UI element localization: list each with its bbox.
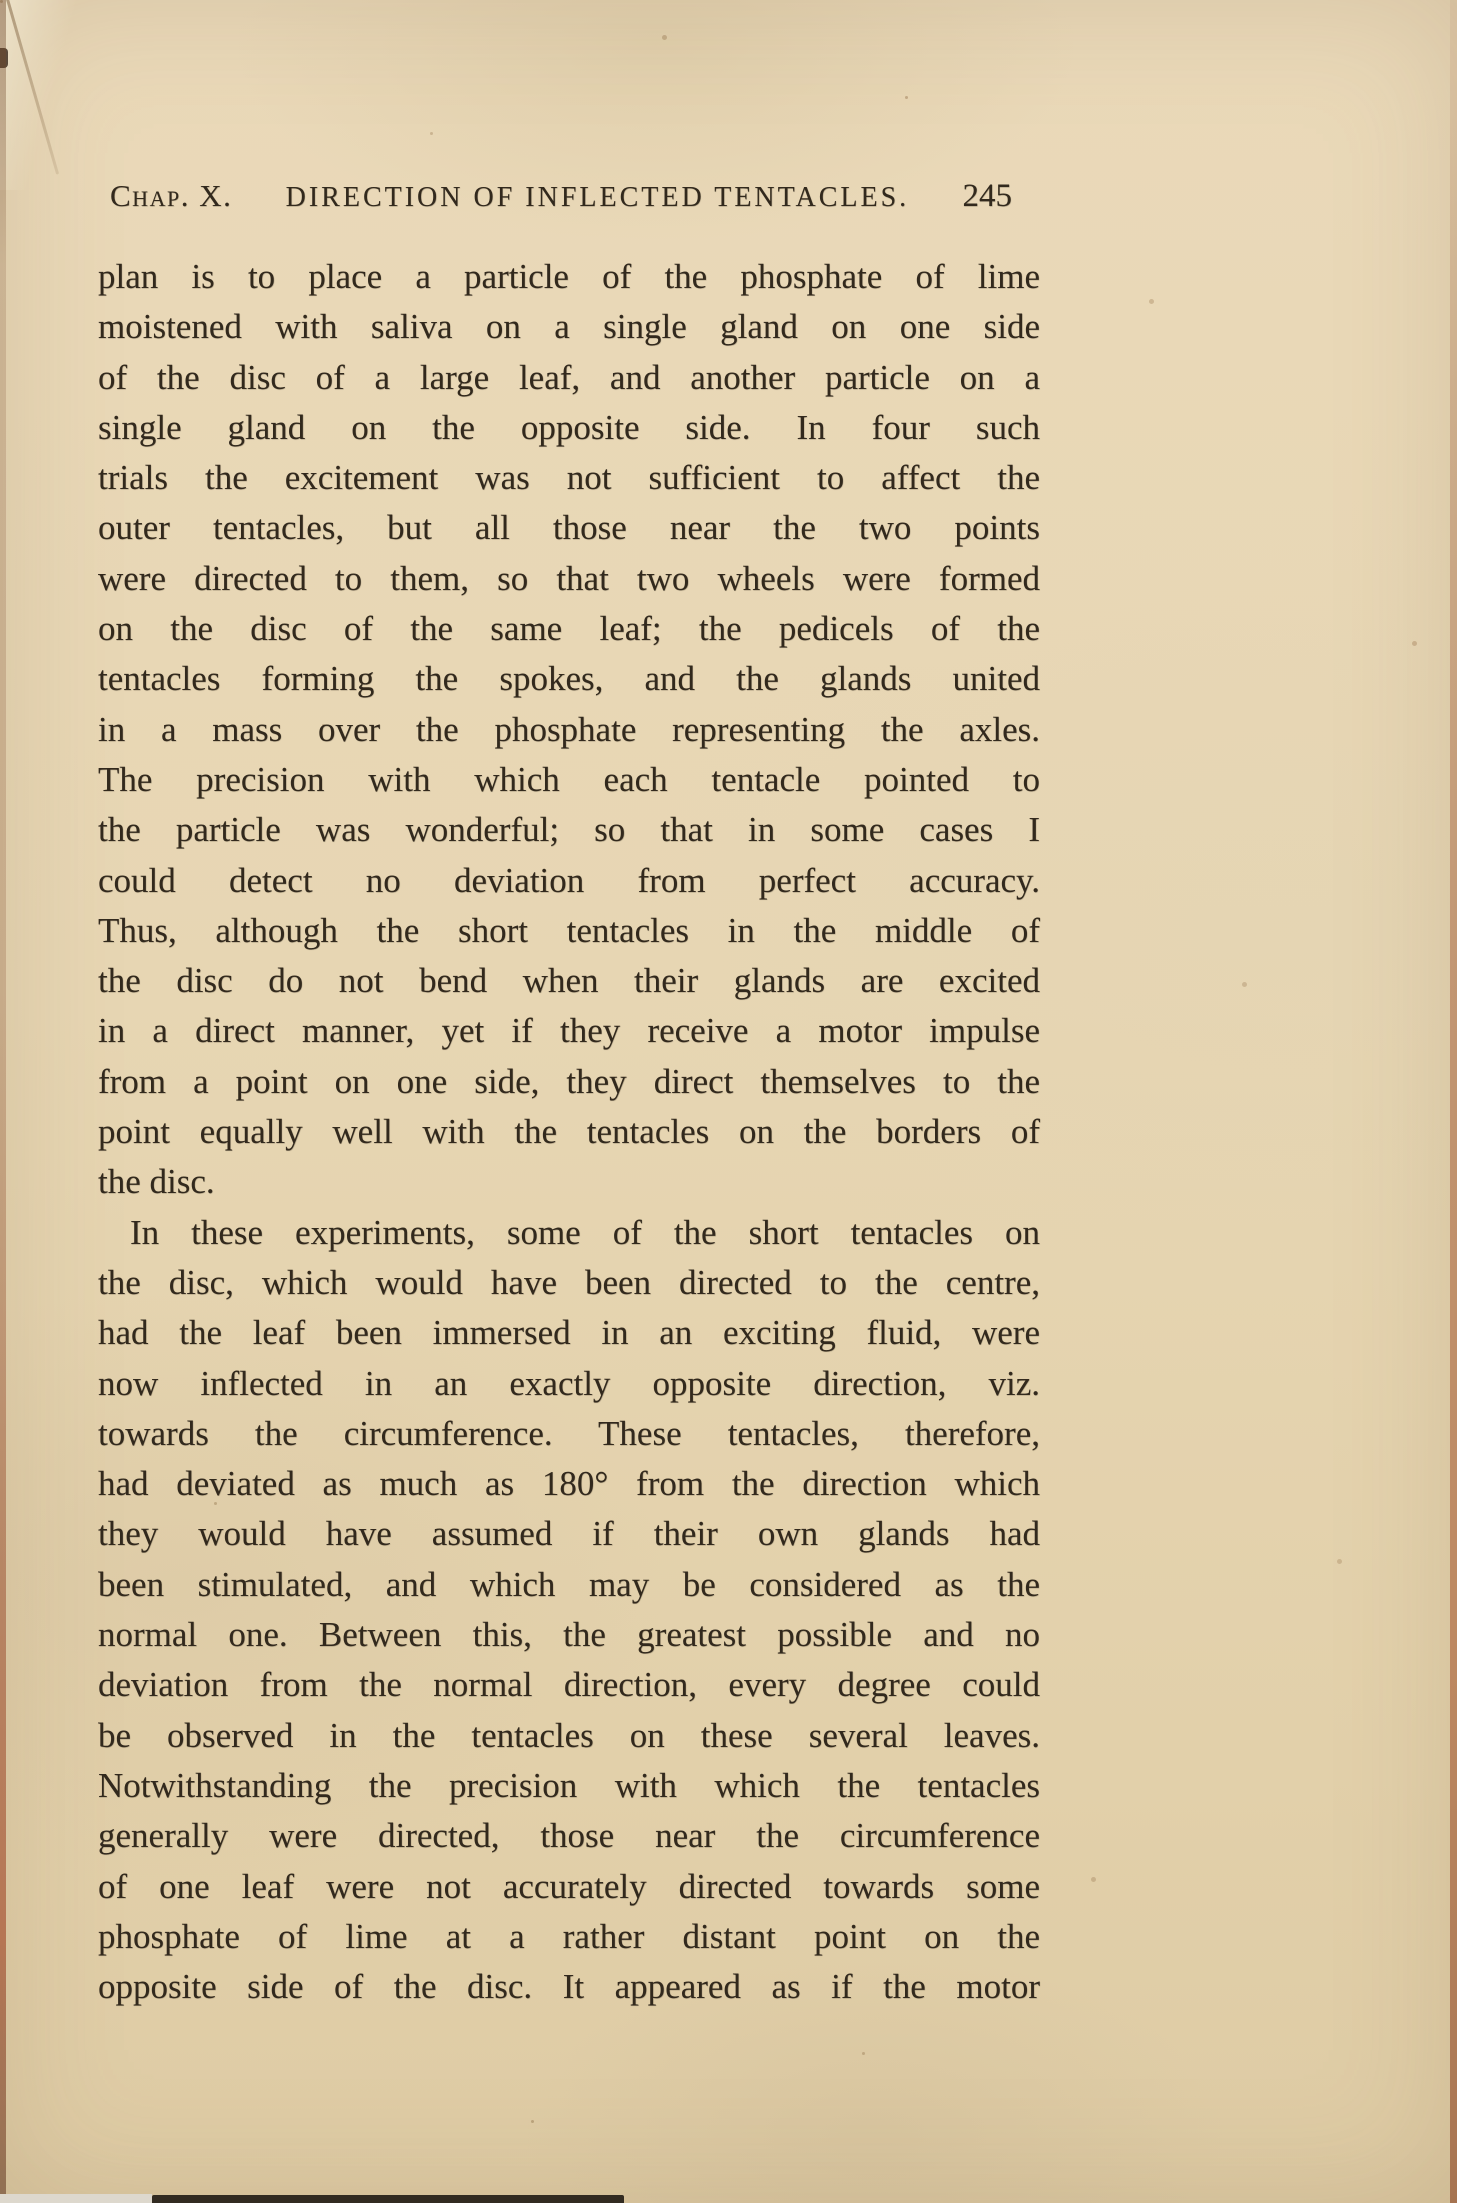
text-line: outer tentacles, but all those near the …: [98, 503, 1040, 553]
text-line: could detect no deviation from perfect a…: [98, 856, 1040, 906]
text-line: tentacles forming the spokes, and the gl…: [98, 654, 1040, 704]
text-line: be observed in the tentacles on these se…: [98, 1711, 1040, 1761]
text-line: opposite side of the disc. It appeared a…: [98, 1962, 1040, 2012]
text-line: of the disc of a large leaf, and another…: [98, 353, 1040, 403]
text-line: point equally well with the tentacles on…: [98, 1107, 1040, 1157]
chapter-label: Chap. X.: [98, 178, 232, 214]
text-line: they would have assumed if their own gla…: [98, 1509, 1040, 1559]
text-line: of one leaf were not accurately directed…: [98, 1862, 1040, 1912]
text-line: normal one. Between this, the greatest p…: [98, 1610, 1040, 1660]
text-line: the disc, which would have been directed…: [98, 1258, 1040, 1308]
running-title: DIRECTION OF INFLECTED TENTACLES.: [232, 182, 962, 214]
text-line: trials the excitement was not sufficient…: [98, 453, 1040, 503]
text-line: In these experiments, some of the short …: [98, 1208, 1040, 1258]
book-page: Chap. X. DIRECTION OF INFLECTED TENTACLE…: [0, 0, 1457, 2203]
text-line: Thus, although the short tentacles in th…: [98, 906, 1040, 956]
text-line: had the leaf been immersed in an excitin…: [98, 1308, 1040, 1358]
right-edge-line: [1450, 0, 1457, 2203]
text-line: now inflected in an exactly opposite dir…: [98, 1359, 1040, 1409]
page-number: 245: [963, 178, 1041, 215]
page-body: plan is to place a particle of the phosp…: [98, 252, 1040, 2012]
paragraph: plan is to place a particle of the phosp…: [98, 252, 1040, 1208]
text-line: plan is to place a particle of the phosp…: [98, 252, 1040, 302]
text-line: Notwithstanding the precision with which…: [98, 1761, 1040, 1811]
text-line: the particle was wonderful; so that in s…: [98, 805, 1040, 855]
text-line: towards the circumference. These tentacl…: [98, 1409, 1040, 1459]
bottom-edge-shadow: [152, 2195, 624, 2203]
text-line: single gland on the opposite side. In fo…: [98, 403, 1040, 453]
text-line: in a direct manner, yet if they receive …: [98, 1006, 1040, 1056]
running-header: Chap. X. DIRECTION OF INFLECTED TENTACLE…: [98, 178, 1040, 215]
text-line: the disc do not bend when their glands a…: [98, 956, 1040, 1006]
text-line: in a mass over the phosphate representin…: [98, 705, 1040, 755]
text-line: had deviated as much as 180° from the di…: [98, 1459, 1040, 1509]
text-line: were directed to them, so that two wheel…: [98, 554, 1040, 604]
text-line: moistened with saliva on a single gland …: [98, 302, 1040, 352]
paragraph: In these experiments, some of the short …: [98, 1208, 1040, 2013]
scanned-book-page: { "page": { "colors": { "paper": "#e7d6b…: [0, 0, 1457, 2203]
page-corner-fold: [0, 0, 78, 190]
bottom-edge-light: [0, 2194, 152, 2203]
text-line: on the disc of the same leaf; the pedice…: [98, 604, 1040, 654]
text-line: from a point on one side, they direct th…: [98, 1057, 1040, 1107]
paper-specks: [0, 0, 3, 3]
text-line: the disc.: [98, 1157, 1040, 1207]
text-line: phosphate of lime at a rather distant po…: [98, 1912, 1040, 1962]
left-edge-line: [0, 0, 6, 2203]
text-line: generally were directed, those near the …: [98, 1811, 1040, 1861]
text-line: deviation from the normal direction, eve…: [98, 1660, 1040, 1710]
text-line: been stimulated, and which may be consid…: [98, 1560, 1040, 1610]
text-line: The precision with which each tentacle p…: [98, 755, 1040, 805]
